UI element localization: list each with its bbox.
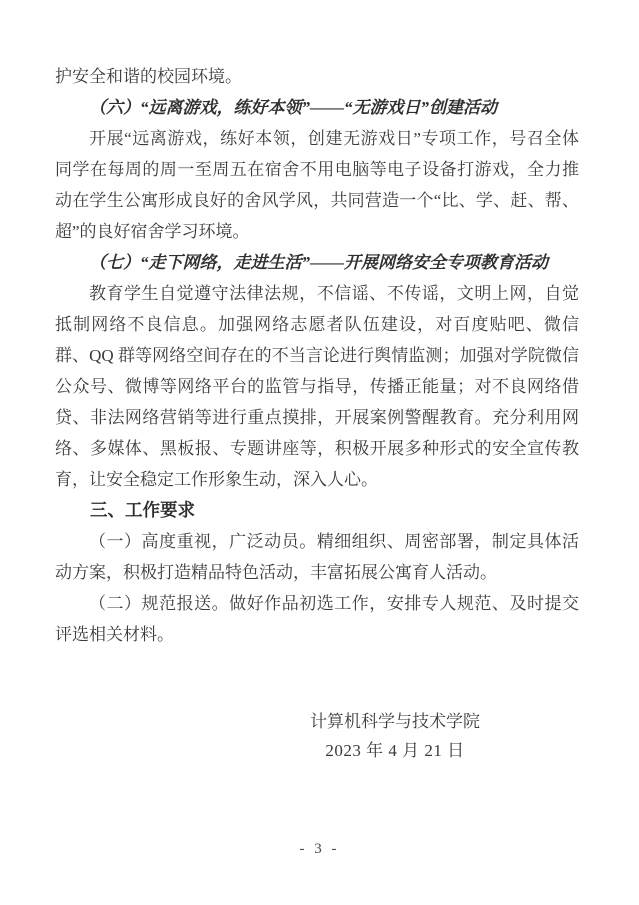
chapter-heading-work-requirements: 三、工作要求	[55, 495, 579, 526]
page-number: - 3 -	[0, 841, 639, 858]
signature-block: 计算机科学与技术学院 2023 年 4 月 21 日	[310, 707, 480, 765]
document-body: 护安全和谐的校园环境。 （六）“远离游戏，练好本领”——“无游戏日”创建活动 开…	[55, 61, 579, 765]
paragraph-section-6: 开展“远离游戏，练好本领，创建无游戏日”专项工作，号召全体同学在每周的周一至周五…	[55, 123, 579, 247]
signature-date: 2023 年 4 月 21 日	[310, 736, 480, 765]
paragraph-requirement-2: （二）规范报送。做好作品初选工作，安排专人规范、及时提交评选相关材料。	[55, 588, 579, 650]
section-heading-7: （七）“走下网络，走进生活”——开展网络安全专项教育活动	[55, 247, 579, 278]
signature-organization: 计算机科学与技术学院	[310, 707, 480, 736]
section-heading-6: （六）“远离游戏，练好本领”——“无游戏日”创建活动	[55, 92, 579, 123]
document-page: 护安全和谐的校园环境。 （六）“远离游戏，练好本领”——“无游戏日”创建活动 开…	[0, 0, 639, 905]
paragraph-continuation: 护安全和谐的校园环境。	[55, 61, 579, 92]
paragraph-section-7: 教育学生自觉遵守法律法规，不信谣、不传谣，文明上网，自觉抵制网络不良信息。加强网…	[55, 278, 579, 495]
paragraph-requirement-1: （一）高度重视，广泛动员。精细组织、周密部署，制定具体活动方案，积极打造精品特色…	[55, 526, 579, 588]
